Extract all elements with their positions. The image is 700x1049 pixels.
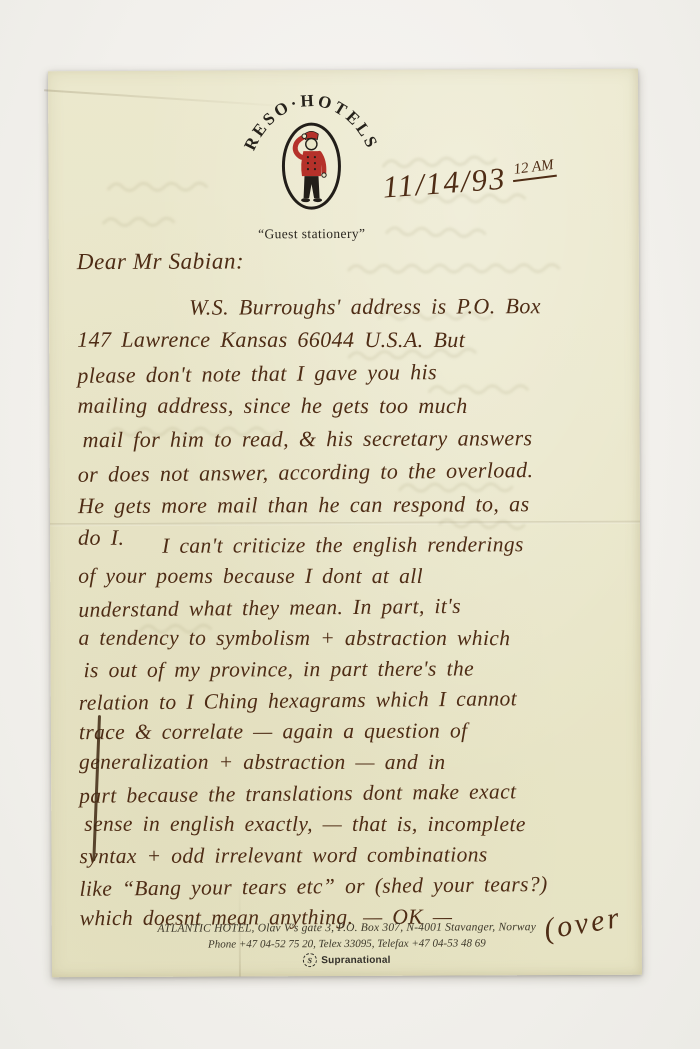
time-value: 12 AM [511,157,557,182]
handwritten-line: trace & correlate — again a question of [79,715,635,748]
handwritten-line: of your poems because I dont at all [78,561,634,592]
handwritten-line: understand what they mean. In part, it's [78,589,634,626]
handwritten-line: mail for him to read, & his secretary an… [83,421,634,456]
handwritten-line: part because the translations dont make … [79,775,635,812]
stationery-footer: ATLANTIC HOTEL, Olav V's gate 3, P.O. Bo… [52,921,642,969]
paragraph-2: I can't criticize the english renderings… [78,529,636,934]
supranational-s-icon: S [302,952,319,969]
handwritten-line: He gets more mail than he can respond to… [78,487,634,522]
salutation: Dear Mr Sabian: [77,248,245,275]
paragraph-1: W.S. Burroughs' address is P.O. Box 147 … [77,289,634,555]
handwritten-line: like “Bang your tears etc” or (shed your… [79,868,635,905]
handwritten-line: sense in english exactly, — that is, inc… [84,809,635,840]
handwritten-line: I can't criticize the english renderings [162,529,634,562]
handwritten-line: please don't note that I gave you his [77,353,633,392]
handwritten-line: a tendency to symbolism + abstraction wh… [78,623,634,654]
network-brand-row: S Supranational [52,952,642,969]
network-brand-name: Supranational [321,954,390,965]
hotel-address: ATLANTIC HOTEL, Olav V's gate 3, P.O. Bo… [52,921,642,936]
handwritten-line: relation to I Ching hexagrams which I ca… [79,682,635,719]
handwritten-date: 11/14/9312 AM [381,157,551,205]
handwritten-line: syntax + odd irrelevant word combination… [79,839,635,872]
handwritten-line: generalization + abstraction — and in [79,747,635,778]
hotel-contact: Phone +47 04-52 75 20, Telex 33095, Tele… [52,937,642,952]
photo-background: RESO·HOTELS “Guest [0,0,700,1049]
guest-stationery-caption: “Guest stationery” [209,226,415,243]
handwritten-line: 147 Lawrence Kansas 66044 U.S.A. But [77,323,633,356]
bellhop-icon [295,131,326,202]
date-value: 11/14/93 [381,161,507,206]
letter-sheet: RESO·HOTELS “Guest [48,69,642,978]
handwritten-line: mailing address, since he gets too much [77,389,633,422]
handwritten-line: is out of my province, in part there's t… [84,653,635,686]
reso-hotels-logo: RESO·HOTELS [226,86,397,247]
handwritten-line: W.S. Burroughs' address is P.O. Box [189,289,633,324]
handwritten-line: or does not answer, according to the ove… [78,452,634,491]
